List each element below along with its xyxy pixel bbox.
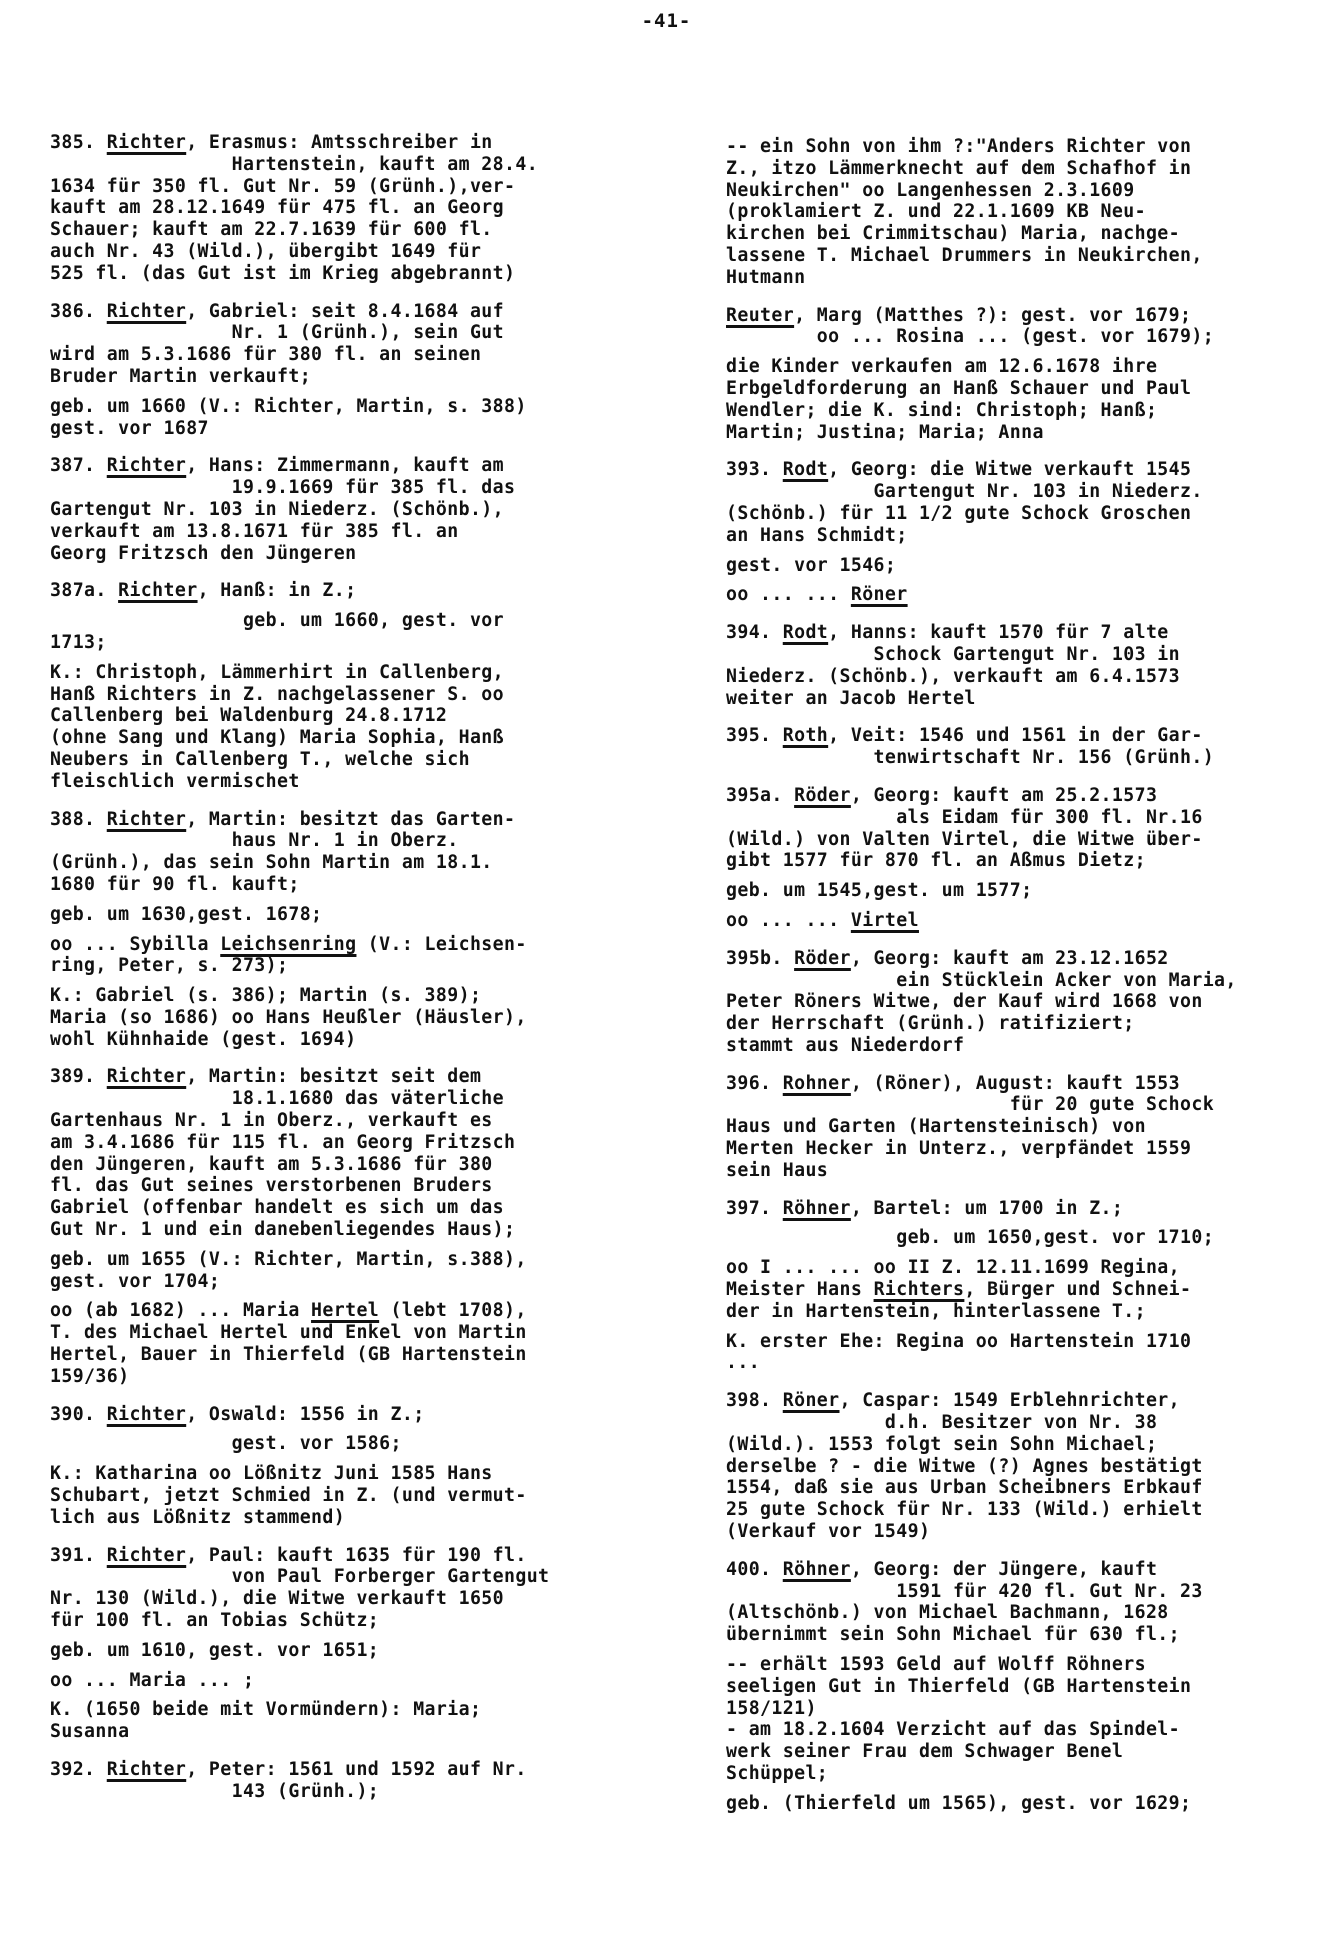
- entry-paragraph: geb. (Thierfeld um 1565), gest. vor 1629…: [726, 1793, 1333, 1815]
- entry-paragraph: gest. vor 1586;: [50, 1433, 660, 1455]
- right-column: -- ein Sohn von ihm ?:"Anders Richter vo…: [726, 136, 1333, 1831]
- entry-paragraph: geb. um 1660 (V.: Richter, Martin, s. 38…: [50, 396, 660, 440]
- surname-underlined: Richter: [107, 1066, 186, 1087]
- entry-paragraph: Reuter, Marg (Matthes ?): gest. vor 1679…: [726, 305, 1333, 349]
- entry-text: 387.: [50, 455, 107, 476]
- entry-398: 398. Röner, Caspar: 1549 Erblehnrichter,…: [726, 1390, 1333, 1543]
- entry-paragraph: die Kinder verkaufen am 12.6.1678 ihre E…: [726, 356, 1333, 443]
- entry-text: 385.: [50, 132, 107, 153]
- entry-paragraph: 387a. Richter, Hanß: in Z.;: [50, 580, 660, 602]
- entry-397: 397. Röhner, Bartel: um 1700 in Z.; geb.…: [726, 1198, 1333, 1375]
- entry-paragraph: geb. um 1650,gest. vor 1710;: [726, 1227, 1333, 1249]
- entry-395b: 395b. Röder, Georg: kauft am 23.12.1652 …: [726, 948, 1333, 1057]
- entry-paragraph: -- ein Sohn von ihm ?:"Anders Richter vo…: [726, 136, 1333, 289]
- surname-underlined: Röner: [851, 584, 908, 605]
- entry-text: die Kinder verkaufen am 12.6.1678 ihre E…: [726, 356, 1191, 442]
- entry-paragraph: oo ... Maria ... ;: [50, 1670, 660, 1692]
- entry-paragraph: 387. Richter, Hans: Zimmermann, kauft am…: [50, 455, 660, 564]
- left-column: 385. Richter, Erasmus: Amtsschreiber in …: [50, 132, 660, 1819]
- entry-394: 394. Rodt, Hanns: kauft 1570 für 7 alte …: [726, 622, 1333, 709]
- entry-paragraph: geb. um 1630,gest. 1678;: [50, 904, 660, 926]
- surname-underlined: Richter: [107, 455, 186, 476]
- surname-underlined: Leichsenring: [220, 934, 356, 955]
- entry-text: 388.: [50, 809, 107, 830]
- surname-underlined: Röner: [783, 1390, 840, 1411]
- entry-paragraph: K. (1650 beide mit Vormündern): Maria; S…: [50, 1699, 660, 1743]
- entry-paragraph: K. erster Ehe: Regina oo Hartenstein 171…: [726, 1331, 1333, 1375]
- entry-text: geb. um 1545,gest. um 1577;: [726, 880, 1032, 901]
- entry-text: gest. vor 1546;: [726, 555, 896, 576]
- entry-388: 388. Richter, Martin: besitzt das Garten…: [50, 809, 660, 1051]
- entry-paragraph: 397. Röhner, Bartel: um 1700 in Z.;: [726, 1198, 1333, 1220]
- entry-paragraph: 395a. Röder, Georg: kauft am 25.2.1573 a…: [726, 785, 1333, 872]
- surname-underlined: Richter: [107, 809, 186, 830]
- entry-paragraph: oo I ... ... oo II Z. 12.11.1699 Regina,…: [726, 1257, 1333, 1322]
- entry-text: 395.: [726, 725, 783, 746]
- entry-395: 395. Roth, Veit: 1546 und 1561 in der Ga…: [726, 725, 1333, 769]
- entry-paragraph: oo ... Sybilla Leichsenring (V.: Leichse…: [50, 934, 660, 978]
- entry-389: 389. Richter, Martin: besitzt seit dem 1…: [50, 1066, 660, 1387]
- entry-text: geb. um 1610, gest. vor 1651;: [50, 1640, 379, 1661]
- entry-text: , Marg (Matthes ?): gest. vor 1679; oo .…: [726, 305, 1214, 348]
- entry-395a: 395a. Röder, Georg: kauft am 25.2.1573 a…: [726, 785, 1333, 932]
- entry-391: 391. Richter, Paul: kauft 1635 für 190 f…: [50, 1545, 660, 1743]
- entry-text: K. erster Ehe: Regina oo Hartenstein 171…: [726, 1331, 1191, 1374]
- surname-underlined: Richter: [107, 1404, 186, 1425]
- entry-text: 391.: [50, 1545, 107, 1566]
- entry-text: 398.: [726, 1390, 783, 1411]
- entry-paragraph: geb. um 1610, gest. vor 1651;: [50, 1640, 660, 1662]
- surname-underlined: Rodt: [783, 622, 828, 643]
- entry-paragraph: geb. um 1545,gest. um 1577;: [726, 880, 1333, 902]
- surname-underlined: Hertel: [311, 1300, 379, 1321]
- surname-underlined: Richter: [107, 132, 186, 153]
- entry-paragraph: 388. Richter, Martin: besitzt das Garten…: [50, 809, 660, 896]
- surname-underlined: Richter: [118, 580, 197, 601]
- entry-text: oo ... Sybilla: [50, 934, 220, 955]
- entry-paragraph: 385. Richter, Erasmus: Amtsschreiber in …: [50, 132, 660, 285]
- entry-paragraph: gest. vor 1546;: [726, 555, 1333, 577]
- entry-text: , Hanß: in Z.;: [198, 580, 357, 601]
- entry-390: 390. Richter, Oswald: 1556 in Z.; gest. …: [50, 1404, 660, 1529]
- entry-text: geb. um 1660, gest. vor 1713;: [50, 610, 504, 653]
- entry-paragraph: 386. Richter, Gabriel: seit 8.4.1684 auf…: [50, 301, 660, 388]
- surname-underlined: Röder: [794, 785, 851, 806]
- entry-text: 387a.: [50, 580, 118, 601]
- entry-text: -- erhält 1593 Geld auf Wolff Röhners se…: [726, 1654, 1191, 1784]
- surname-underlined: Richter: [107, 301, 186, 322]
- entry-385: 385. Richter, Erasmus: Amtsschreiber in …: [50, 132, 660, 285]
- entry-text: , Erasmus: Amtsschreiber in Hartenstein,…: [50, 132, 538, 284]
- surname-underlined: Reuter: [726, 305, 794, 326]
- entry-400: 400. Röhner, Georg: der Jüngere, kauft 1…: [726, 1559, 1333, 1815]
- entry-paragraph: 395. Roth, Veit: 1546 und 1561 in der Ga…: [726, 725, 1333, 769]
- entry-text: oo ... Maria ... ;: [50, 1670, 254, 1691]
- surname-underlined: Rohner: [783, 1073, 851, 1094]
- entry-paragraph: geb. um 1655 (V.: Richter, Martin, s.388…: [50, 1249, 660, 1293]
- entry-text: oo ... ...: [726, 910, 851, 931]
- entry-387: 387. Richter, Hans: Zimmermann, kauft am…: [50, 455, 660, 564]
- entry-paragraph: 395b. Röder, Georg: kauft am 23.12.1652 …: [726, 948, 1333, 1057]
- entry-387a: 387a. Richter, Hanß: in Z.; geb. um 1660…: [50, 580, 660, 792]
- surname-underlined: Roth: [783, 725, 828, 746]
- entry-paragraph: 396. Rohner, (Röner), August: kauft 1553…: [726, 1073, 1333, 1182]
- surname-underlined: Röhner: [783, 1559, 851, 1580]
- surname-underlined: Röder: [794, 948, 851, 969]
- entry-text: 396.: [726, 1073, 783, 1094]
- entry-text: , Martin: besitzt seit dem 18.1.1680 das…: [50, 1066, 515, 1240]
- entry-text: geb. (Thierfeld um 1565), gest. vor 1629…: [726, 1793, 1191, 1814]
- entry-text: 386.: [50, 301, 107, 322]
- entry-paragraph: 390. Richter, Oswald: 1556 in Z.;: [50, 1404, 660, 1426]
- surname-underlined: Richters: [874, 1279, 965, 1300]
- entry-text: 394.: [726, 622, 783, 643]
- entry-paragraph: oo ... ... Röner: [726, 584, 1333, 606]
- entry-text: 395a.: [726, 785, 794, 806]
- surname-underlined: Richter: [107, 1545, 186, 1566]
- entry-paragraph: K.: Gabriel (s. 386); Martin (s. 389); M…: [50, 985, 660, 1050]
- entry-text: K.: Katharina oo Lößnitz Juni 1585 Hans …: [50, 1463, 527, 1528]
- entry-text: 392.: [50, 1759, 107, 1780]
- entry-text: 393.: [726, 459, 783, 480]
- entry-text: 400.: [726, 1559, 783, 1580]
- entry-paragraph: 393. Rodt, Georg: die Witwe verkauft 154…: [726, 459, 1333, 546]
- entry-text: K. (1650 beide mit Vormündern): Maria; S…: [50, 1699, 481, 1742]
- entry-text: 395b.: [726, 948, 794, 969]
- entry-paragraph: 389. Richter, Martin: besitzt seit dem 1…: [50, 1066, 660, 1240]
- entry-text: oo (ab 1682) ... Maria: [50, 1300, 311, 1321]
- entry-text: , Oswald: 1556 in Z.;: [186, 1404, 424, 1425]
- entry-text: , Bartel: um 1700 in Z.;: [851, 1198, 1123, 1219]
- entry-text: K.: Gabriel (s. 386); Martin (s. 389); M…: [50, 985, 527, 1050]
- entry-392: 392. Richter, Peter: 1561 und 1592 auf N…: [50, 1759, 660, 1803]
- page-number: -41-: [0, 10, 1333, 32]
- entry-reuter: Reuter, Marg (Matthes ?): gest. vor 1679…: [726, 305, 1333, 444]
- entry-paragraph: oo ... ... Virtel: [726, 910, 1333, 932]
- entry-text: geb. um 1660 (V.: Richter, Martin, s. 38…: [50, 396, 527, 439]
- entry-393: 393. Rodt, Georg: die Witwe verkauft 154…: [726, 459, 1333, 606]
- entry-text: K.: Christoph, Lämmerhirt in Callenberg,…: [50, 662, 504, 792]
- entry-paragraph: 400. Röhner, Georg: der Jüngere, kauft 1…: [726, 1559, 1333, 1646]
- entry-386: 386. Richter, Gabriel: seit 8.4.1684 auf…: [50, 301, 660, 440]
- entry-396: 396. Rohner, (Röner), August: kauft 1553…: [726, 1073, 1333, 1182]
- entry-text: , Caspar: 1549 Erblehnrichter, d.h. Besi…: [726, 1390, 1203, 1542]
- entry-text: 390.: [50, 1404, 107, 1425]
- entry-paragraph: oo (ab 1682) ... Maria Hertel (lebt 1708…: [50, 1300, 660, 1387]
- entry-paragraph: 398. Röner, Caspar: 1549 Erblehnrichter,…: [726, 1390, 1333, 1543]
- entry-paragraph: -- erhält 1593 Geld auf Wolff Röhners se…: [726, 1654, 1333, 1785]
- entry-paragraph: geb. um 1660, gest. vor 1713;: [50, 610, 660, 654]
- surname-underlined: Röhner: [783, 1198, 851, 1219]
- entry-paragraph: K.: Katharina oo Lößnitz Juni 1585 Hans …: [50, 1463, 660, 1528]
- entry-text: gest. vor 1586;: [50, 1433, 402, 1454]
- entry-text: 397.: [726, 1198, 783, 1219]
- entry-text: -- ein Sohn von ihm ?:"Anders Richter vo…: [726, 136, 1203, 288]
- entry-text: 389.: [50, 1066, 107, 1087]
- entry-text: geb. um 1650,gest. vor 1710;: [726, 1227, 1214, 1248]
- surname-underlined: Virtel: [851, 910, 919, 931]
- entry-paragraph: 394. Rodt, Hanns: kauft 1570 für 7 alte …: [726, 622, 1333, 709]
- entry-text: geb. um 1630,gest. 1678;: [50, 904, 322, 925]
- surname-underlined: Rodt: [783, 459, 828, 480]
- entry-paragraph: 392. Richter, Peter: 1561 und 1592 auf N…: [50, 1759, 660, 1803]
- entry-paragraph: K.: Christoph, Lämmerhirt in Callenberg,…: [50, 662, 660, 793]
- entry-text: oo ... ...: [726, 584, 851, 605]
- entry-392-cont: -- ein Sohn von ihm ?:"Anders Richter vo…: [726, 136, 1333, 289]
- entry-paragraph: 391. Richter, Paul: kauft 1635 für 190 f…: [50, 1545, 660, 1632]
- surname-underlined: Richter: [107, 1759, 186, 1780]
- entry-text: geb. um 1655 (V.: Richter, Martin, s.388…: [50, 1249, 527, 1292]
